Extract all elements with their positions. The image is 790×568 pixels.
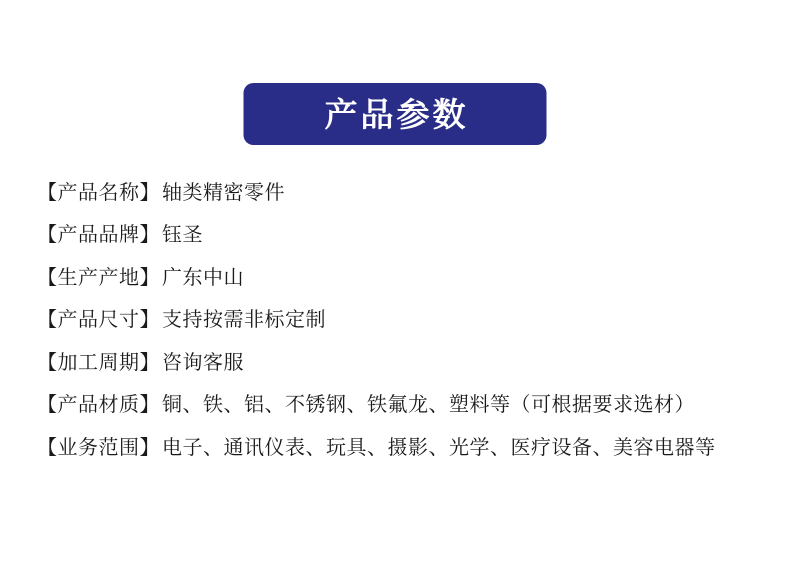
parameter-label: 【产品名称】 bbox=[37, 176, 160, 205]
parameter-row-lead-time: 【加工周期】 咨询客服 bbox=[37, 339, 760, 382]
parameter-list: 【产品名称】 轴类精密零件 【产品品牌】 钰圣 【生产产地】 广东中山 【产品尺… bbox=[37, 169, 760, 467]
parameter-value: 电子、通讯仪表、玩具、摄影、光学、医疗设备、美容电器等 bbox=[162, 431, 716, 460]
parameter-label: 【产品品牌】 bbox=[37, 218, 160, 247]
parameter-label: 【加工周期】 bbox=[37, 346, 160, 375]
parameter-label: 【业务范围】 bbox=[37, 431, 160, 460]
parameter-row-size: 【产品尺寸】 支持按需非标定制 bbox=[37, 297, 760, 340]
parameter-label: 【生产产地】 bbox=[37, 261, 160, 290]
product-parameters-page: 产品参数 【产品名称】 轴类精密零件 【产品品牌】 钰圣 【生产产地】 广东中山… bbox=[0, 0, 790, 568]
parameter-value: 钰圣 bbox=[162, 218, 203, 247]
parameter-value: 支持按需非标定制 bbox=[162, 303, 326, 332]
parameter-row-material: 【产品材质】 铜、铁、铝、不锈钢、铁氟龙、塑料等（可根据要求选材） bbox=[37, 382, 760, 425]
parameter-label: 【产品材质】 bbox=[37, 388, 160, 417]
parameter-value: 铜、铁、铝、不锈钢、铁氟龙、塑料等（可根据要求选材） bbox=[162, 388, 695, 417]
parameter-value: 咨询客服 bbox=[162, 346, 244, 375]
parameter-row-brand: 【产品品牌】 钰圣 bbox=[37, 212, 760, 255]
parameter-row-origin: 【生产产地】 广东中山 bbox=[37, 254, 760, 297]
parameter-value: 轴类精密零件 bbox=[162, 176, 285, 205]
product-params-banner: 产品参数 bbox=[244, 83, 547, 145]
parameter-value: 广东中山 bbox=[162, 261, 244, 290]
parameter-row-product-name: 【产品名称】 轴类精密零件 bbox=[37, 169, 760, 212]
parameter-row-business-scope: 【业务范围】 电子、通讯仪表、玩具、摄影、光学、医疗设备、美容电器等 bbox=[37, 424, 760, 467]
page-title: 产品参数 bbox=[322, 98, 469, 131]
parameter-label: 【产品尺寸】 bbox=[37, 303, 160, 332]
